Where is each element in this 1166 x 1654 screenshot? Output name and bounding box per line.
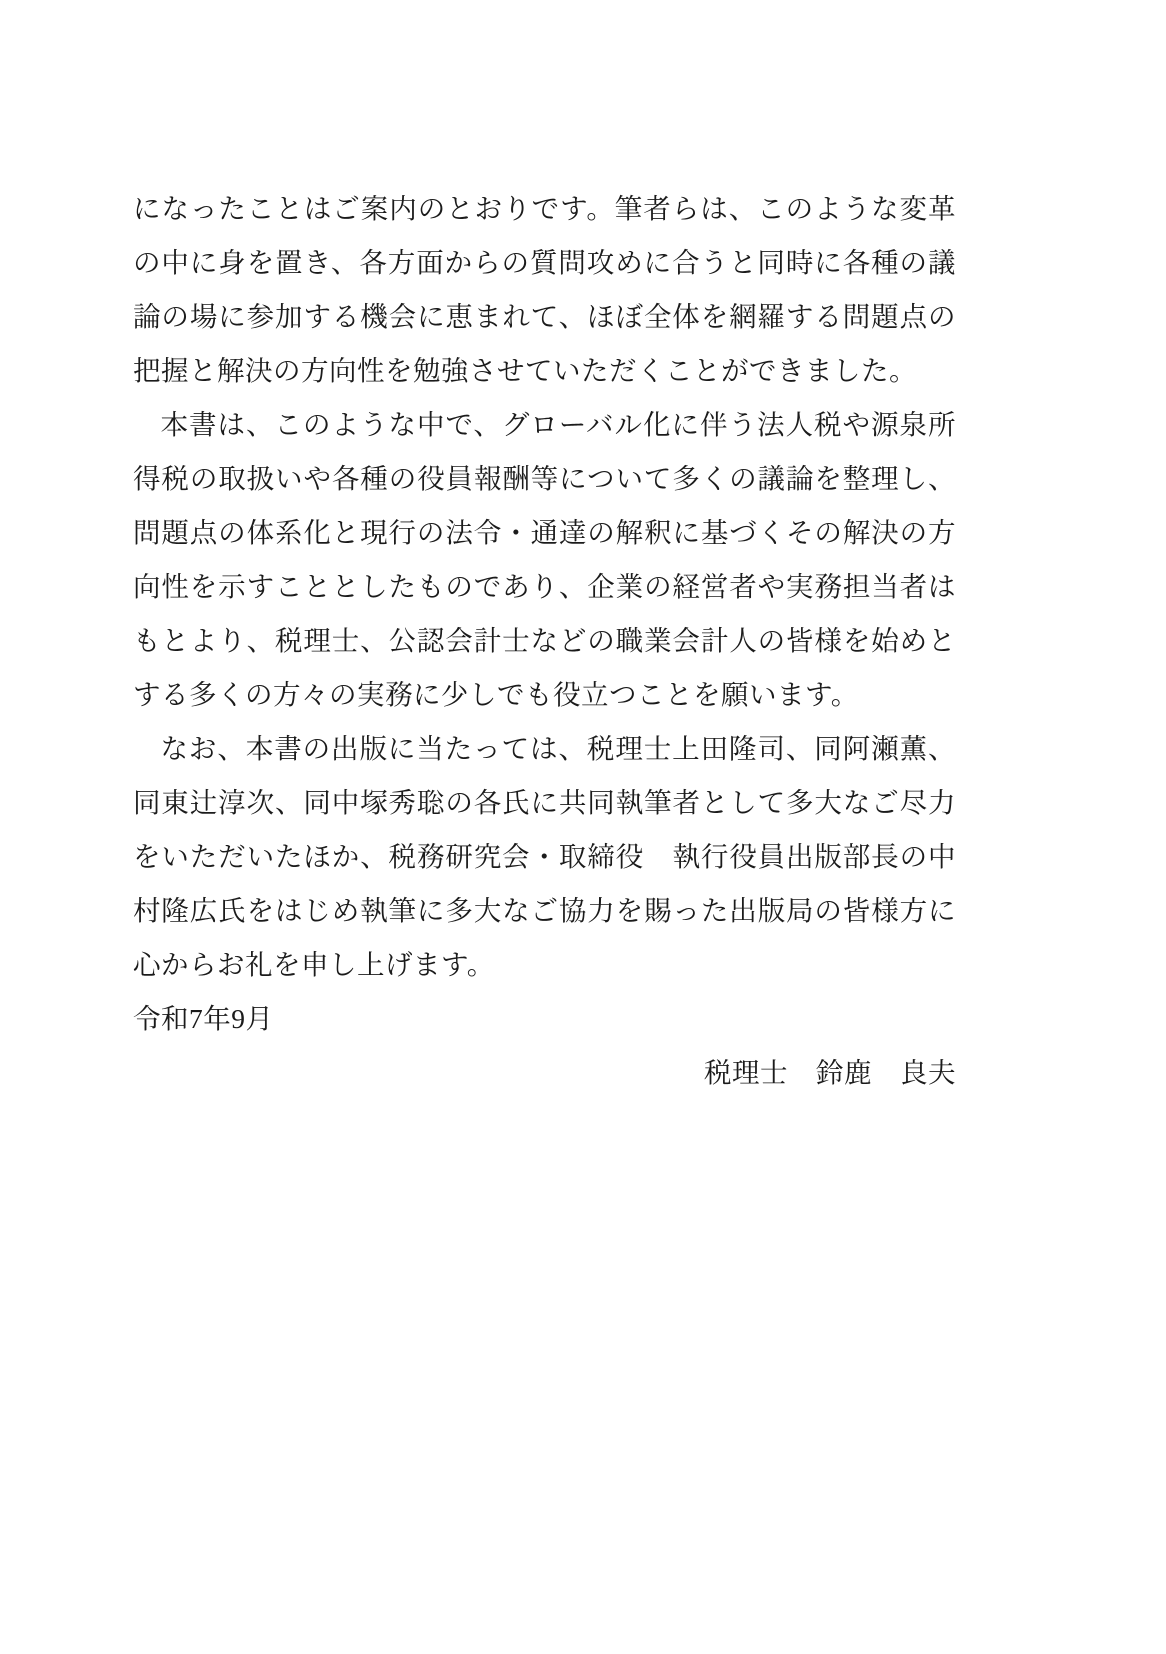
afterword-text-block: になったことはご案内のとおりです。筆者らは、このような変革の中に身を置き、各方面… [133,182,956,1100]
document-page: になったことはご案内のとおりです。筆者らは、このような変革の中に身を置き、各方面… [0,0,1166,1654]
paragraph-acknowledgements: なお、本書の出版に当たっては、税理士上田隆司、同阿瀬薫、同東辻淳次、同中塚秀聡の… [133,722,956,992]
paragraph-book-purpose: 本書は、このような中で、グローバル化に伴う法人税や源泉所得税の取扱いや各種の役員… [133,398,956,722]
paragraph-continuation: になったことはご案内のとおりです。筆者らは、このような変革の中に身を置き、各方面… [133,182,956,398]
author-signature: 税理士 鈴鹿 良夫 [133,1046,956,1100]
date-line: 令和7年9月 [133,992,956,1046]
